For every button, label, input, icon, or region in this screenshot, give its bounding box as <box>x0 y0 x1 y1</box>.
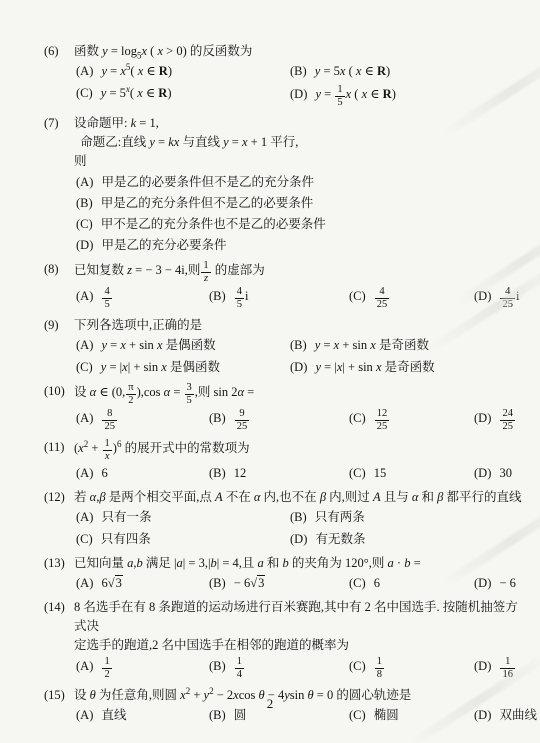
question-stem: 设命题甲: k = 1, 命题乙:直线 y = kx 与直线 y = x + 1… <box>74 114 528 171</box>
option-label: (D) <box>474 659 491 673</box>
question: (9) 下列各选项中,正确的是 (A) y = x + sin x 是偶函数 (… <box>44 316 528 377</box>
answer-option: (D) 30 <box>474 464 528 483</box>
question-number: (7) <box>44 114 74 133</box>
question-stem: (x2 + 1x)6 的展开式中的常数项为 <box>74 438 528 463</box>
question-header: (7) 设命题甲: k = 1, 命题乙:直线 y = kx 与直线 y = x… <box>44 114 528 171</box>
option-text: y = x + sin x 是奇函数 <box>315 338 429 352</box>
option-label: (B) <box>290 338 307 352</box>
answer-options: (A) 12 (B) 14 (C) 18 (D) 116 <box>76 656 528 681</box>
question-number: (10) <box>44 382 74 401</box>
answer-option: (C) 18 <box>349 656 474 681</box>
answer-option: (C) 1225 <box>349 408 474 433</box>
answer-options: (A) 825 (B) 925 (C) 1225 (D) 2425 <box>76 408 528 433</box>
question-number: (12) <box>44 488 74 507</box>
answer-option: (D) 2425 <box>474 408 528 433</box>
option-label: (B) <box>76 196 93 210</box>
question: (11) (x2 + 1x)6 的展开式中的常数项为 (A) 6 (B) 12 … <box>44 438 528 483</box>
option-text: 甲不是乙的充分条件也不是乙的必要条件 <box>101 217 326 231</box>
answer-option: (C) 只有四条 <box>76 530 290 549</box>
option-text: 甲是乙的充分条件但不是乙的必要条件 <box>101 196 314 210</box>
answer-option: (C) 15 <box>349 464 474 483</box>
answer-option: (B) y = 5x ( x ∈ R) <box>290 62 528 81</box>
question: (7) 设命题甲: k = 1, 命题乙:直线 y = kx 与直线 y = x… <box>44 114 528 255</box>
answer-option: (A) 6 <box>76 464 209 483</box>
answer-option: (A) 只有一条 <box>76 508 290 527</box>
option-label: (B) <box>209 466 226 480</box>
answer-options: (A) y = x + sin x 是偶函数 (B) y = x + sin x… <box>76 336 528 377</box>
question-header: (11) (x2 + 1x)6 的展开式中的常数项为 <box>44 438 528 463</box>
option-text: 甲是乙的充分必要条件 <box>101 238 226 252</box>
answer-option: (A) y = x5( x ∈ R) <box>76 62 290 81</box>
question-header: (10) 设 α ∈ (0,π2),cos α = 35,则 sin 2α = <box>44 382 528 407</box>
answer-options: (A) 6 (B) 12 (C) 15 (D) 30 <box>76 464 528 483</box>
option-text: 6 <box>374 576 380 590</box>
answer-options: (A) 6√3 (B) − 6√3 (C) 6 (D) − 6 <box>76 574 528 593</box>
option-label: (B) <box>290 64 307 78</box>
exam-page-body: (6) 函数 y = log5x ( x > 0) 的反函数为 (A) y = … <box>44 42 528 725</box>
question-stem: 下列各选项中,正确的是 <box>74 316 528 335</box>
question: (14) 8 名选手在有 8 条跑道的运动场进行百米赛跑,其中有 2 名中国选手… <box>44 598 528 681</box>
option-text: − 6√3 <box>234 575 266 590</box>
question-number: (11) <box>44 438 74 457</box>
answer-option: (D) 425i <box>474 286 528 311</box>
option-label: (C) <box>349 411 366 425</box>
option-text: 12 <box>101 659 112 673</box>
option-text: y = 5x( x ∈ R) <box>101 86 172 100</box>
question-stem: 函数 y = log5x ( x > 0) 的反函数为 <box>74 42 528 61</box>
question-stem: 8 名选手在有 8 条跑道的运动场进行百米赛跑,其中有 2 名中国选手. 按随机… <box>74 598 528 655</box>
answer-option: (A) 825 <box>76 408 209 433</box>
answer-option: (A) 甲是乙的必要条件但不是乙的充分条件 <box>76 173 528 192</box>
option-label: (A) <box>76 289 93 303</box>
option-label: (B) <box>209 289 226 303</box>
question: (13) 已知向量 a,b 满足 |a| = 3,|b| = 4,且 a 和 b… <box>44 554 528 593</box>
option-label: (A) <box>76 411 93 425</box>
answer-option: (B) 14 <box>209 656 349 681</box>
option-text: 只有两条 <box>315 510 365 524</box>
option-label: (A) <box>76 510 93 524</box>
option-text: 425 <box>374 289 391 303</box>
option-text: 18 <box>374 659 385 673</box>
question-stem: 设 α ∈ (0,π2),cos α = 35,则 sin 2α = <box>74 382 528 407</box>
option-text: y = 15x ( x ∈ R) <box>315 87 395 101</box>
answer-option: (C) 甲不是乙的充分条件也不是乙的必要条件 <box>76 215 528 234</box>
option-text: 2425 <box>499 411 516 425</box>
option-text: y = x + sin x 是偶函数 <box>101 338 215 352</box>
answer-option: (C) 6 <box>349 574 474 593</box>
option-text: 1225 <box>374 411 391 425</box>
option-label: (A) <box>76 659 93 673</box>
option-text: 15 <box>374 466 387 480</box>
option-text: 925 <box>234 411 251 425</box>
answer-option: (B) 12 <box>209 464 349 483</box>
answer-option: (D) 116 <box>474 656 528 681</box>
option-text: − 6 <box>499 576 515 590</box>
option-label: (C) <box>349 576 366 590</box>
option-text: 116 <box>499 659 516 673</box>
question-stem: 若 α,β 是两个相交平面,点 A 不在 α 内,也不在 β 内,则过 A 且与… <box>74 488 528 507</box>
answer-option: (C) y = 5x( x ∈ R) <box>76 84 290 109</box>
option-text: 425i <box>499 289 519 303</box>
answer-option: (B) 甲是乙的充分条件但不是乙的必要条件 <box>76 194 528 213</box>
option-label: (C) <box>349 466 366 480</box>
answer-option: (D) y = |x| + sin x 是奇函数 <box>290 358 528 377</box>
answer-option: (A) 45 <box>76 286 209 311</box>
option-label: (C) <box>76 86 93 100</box>
question-header: (9) 下列各选项中,正确的是 <box>44 316 528 335</box>
option-text: 6 <box>101 466 107 480</box>
option-text: 30 <box>499 466 512 480</box>
option-text: y = |x| + sin x 是奇函数 <box>315 360 434 374</box>
option-text: 有无数条 <box>315 532 365 546</box>
option-text: 甲是乙的必要条件但不是乙的充分条件 <box>101 175 314 189</box>
answer-options: (A) 甲是乙的必要条件但不是乙的充分条件 (B) 甲是乙的充分条件但不是乙的必… <box>76 173 528 255</box>
answer-option: (A) 12 <box>76 656 209 681</box>
question-header: (13) 已知向量 a,b 满足 |a| = 3,|b| = 4,且 a 和 b… <box>44 554 528 573</box>
option-label: (C) <box>76 360 93 374</box>
scanned-exam-page: { "page": { "number": "2" }, "questions"… <box>0 0 540 743</box>
answer-option: (A) 6√3 <box>76 574 209 593</box>
page-number: 2 <box>0 694 540 713</box>
option-label: (D) <box>474 466 491 480</box>
option-text: y = 5x ( x ∈ R) <box>315 64 390 78</box>
option-text: y = |x| + sin x 是偶函数 <box>101 360 220 374</box>
answer-options: (A) 只有一条 (B) 只有两条 (C) 只有四条 (D) 有无数条 <box>76 508 528 549</box>
answer-options: (A) y = x5( x ∈ R) (B) y = 5x ( x ∈ R) (… <box>76 62 528 109</box>
option-text: 12 <box>234 466 247 480</box>
question: (8) 已知复数 z = − 3 − 4i,则1z 的虚部为 (A) 45 (B… <box>44 260 528 311</box>
question-header: (8) 已知复数 z = − 3 − 4i,则1z 的虚部为 <box>44 260 528 285</box>
answer-option: (B) 925 <box>209 408 349 433</box>
answer-option: (D) y = 15x ( x ∈ R) <box>290 84 528 109</box>
question-number: (6) <box>44 42 74 61</box>
option-label: (D) <box>290 532 307 546</box>
question: (12) 若 α,β 是两个相交平面,点 A 不在 α 内,也不在 β 内,则过… <box>44 488 528 549</box>
option-label: (A) <box>76 338 93 352</box>
question-number: (8) <box>44 260 74 279</box>
answer-option: (B) 只有两条 <box>290 508 528 527</box>
question-header: (6) 函数 y = log5x ( x > 0) 的反函数为 <box>44 42 528 61</box>
option-label: (C) <box>76 217 93 231</box>
option-text: 只有一条 <box>101 510 151 524</box>
option-label: (C) <box>76 532 93 546</box>
option-label: (A) <box>76 466 93 480</box>
answer-option: (C) y = |x| + sin x 是偶函数 <box>76 358 290 377</box>
answer-option: (B) 45i <box>209 286 349 311</box>
answer-option: (D) − 6 <box>474 574 528 593</box>
option-label: (B) <box>209 576 226 590</box>
answer-option: (D) 甲是乙的充分必要条件 <box>76 236 528 255</box>
option-label: (C) <box>349 659 366 673</box>
option-label: (D) <box>76 238 93 252</box>
option-label: (D) <box>474 411 491 425</box>
question-stem: 已知向量 a,b 满足 |a| = 3,|b| = 4,且 a 和 b 的夹角为… <box>74 554 528 573</box>
option-label: (B) <box>290 510 307 524</box>
answer-options: (A) 45 (B) 45i (C) 425 (D) 425i <box>76 286 528 311</box>
option-label: (A) <box>76 64 93 78</box>
answer-option: (B) − 6√3 <box>209 574 349 593</box>
question-number: (14) <box>44 598 74 617</box>
answer-option: (D) 有无数条 <box>290 530 528 549</box>
question-number: (13) <box>44 554 74 573</box>
option-label: (D) <box>290 360 307 374</box>
answer-option: (B) y = x + sin x 是奇函数 <box>290 336 528 355</box>
option-label: (B) <box>209 659 226 673</box>
question: (6) 函数 y = log5x ( x > 0) 的反函数为 (A) y = … <box>44 42 528 109</box>
option-text: 只有四条 <box>101 532 151 546</box>
question-list: (6) 函数 y = log5x ( x > 0) 的反函数为 (A) y = … <box>44 42 528 725</box>
option-label: (D) <box>290 87 307 101</box>
question-stem: 已知复数 z = − 3 − 4i,则1z 的虚部为 <box>74 260 528 285</box>
option-label: (C) <box>349 289 366 303</box>
option-text: 45i <box>234 289 249 303</box>
question-header: (14) 8 名选手在有 8 条跑道的运动场进行百米赛跑,其中有 2 名中国选手… <box>44 598 528 655</box>
option-text: 825 <box>101 411 118 425</box>
question-number: (9) <box>44 316 74 335</box>
answer-option: (C) 425 <box>349 286 474 311</box>
question-header: (12) 若 α,β 是两个相交平面,点 A 不在 α 内,也不在 β 内,则过… <box>44 488 528 507</box>
option-label: (A) <box>76 175 93 189</box>
option-text: y = x5( x ∈ R) <box>101 64 172 78</box>
option-label: (D) <box>474 576 491 590</box>
option-text: 14 <box>234 659 245 673</box>
option-label: (B) <box>209 411 226 425</box>
option-text: 6√3 <box>101 575 122 590</box>
option-label: (A) <box>76 576 93 590</box>
option-text: 45 <box>101 289 112 303</box>
option-label: (D) <box>474 289 491 303</box>
answer-option: (A) y = x + sin x 是偶函数 <box>76 336 290 355</box>
question: (10) 设 α ∈ (0,π2),cos α = 35,则 sin 2α = … <box>44 382 528 433</box>
